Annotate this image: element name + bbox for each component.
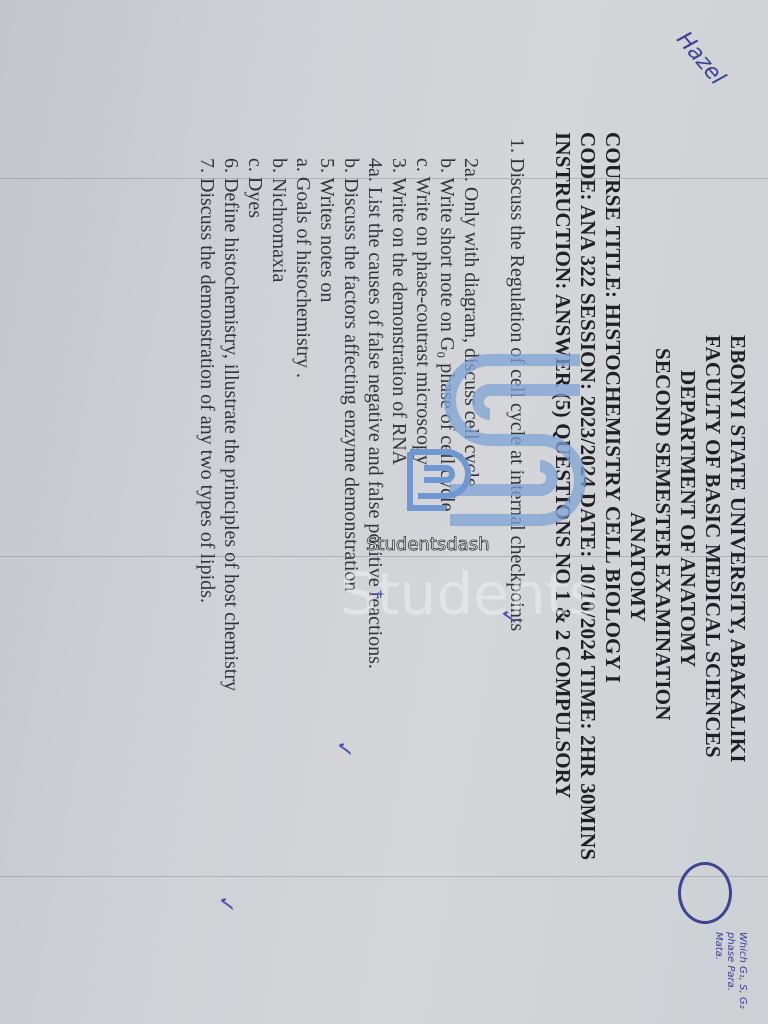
course-title: COURSE TITLE: HISTOCHEMISTRY CELL BIOLOG… [600,132,625,683]
university-name: EBONYI STATE UNIVERSITY, ABAKALIKI [725,335,750,763]
watermark-large-label: Students [340,560,599,628]
question-4b: b. Discuss the factors affecting enzyme … [339,158,362,591]
handwritten-circle [678,862,732,924]
handwritten-margin-note: Which G₁, S, G₂ phase Para. Mata. [712,932,748,1020]
question-5a: a. Goals of histochemistry . [291,158,314,378]
department-name: DEPARTMENT OF ANATOMY [675,370,700,667]
exam-title: SECOND SEMESTER EXAMINATION [650,348,675,721]
faculty-name: FACULTY OF BASIC MEDICAL SCIENCES [700,335,725,758]
subject-title: ANATOMY [625,512,650,622]
question-6: 6. Define histochemistry, illustrate the… [219,158,242,691]
check-mark-icon: ✓ [213,895,238,913]
handwritten-name: Hazel [671,27,730,90]
watermark-label: Studentsdash [366,534,489,555]
rotated-page: EBONYI STATE UNIVERSITY, ABAKALIKI FACUL… [0,0,768,1024]
studentsdash-logo-small [404,446,476,514]
question-5b: b. Nichromaxia [267,158,290,282]
question-5c: c. Dyes [243,158,266,218]
question-7: 7. Discuss the demonstration of any two … [195,158,218,603]
question-3: 3. Write on the demonstration of RNA [387,158,410,465]
question-5: 5. Writes notes on [315,158,338,302]
check-mark-icon: ✓ [331,740,356,758]
